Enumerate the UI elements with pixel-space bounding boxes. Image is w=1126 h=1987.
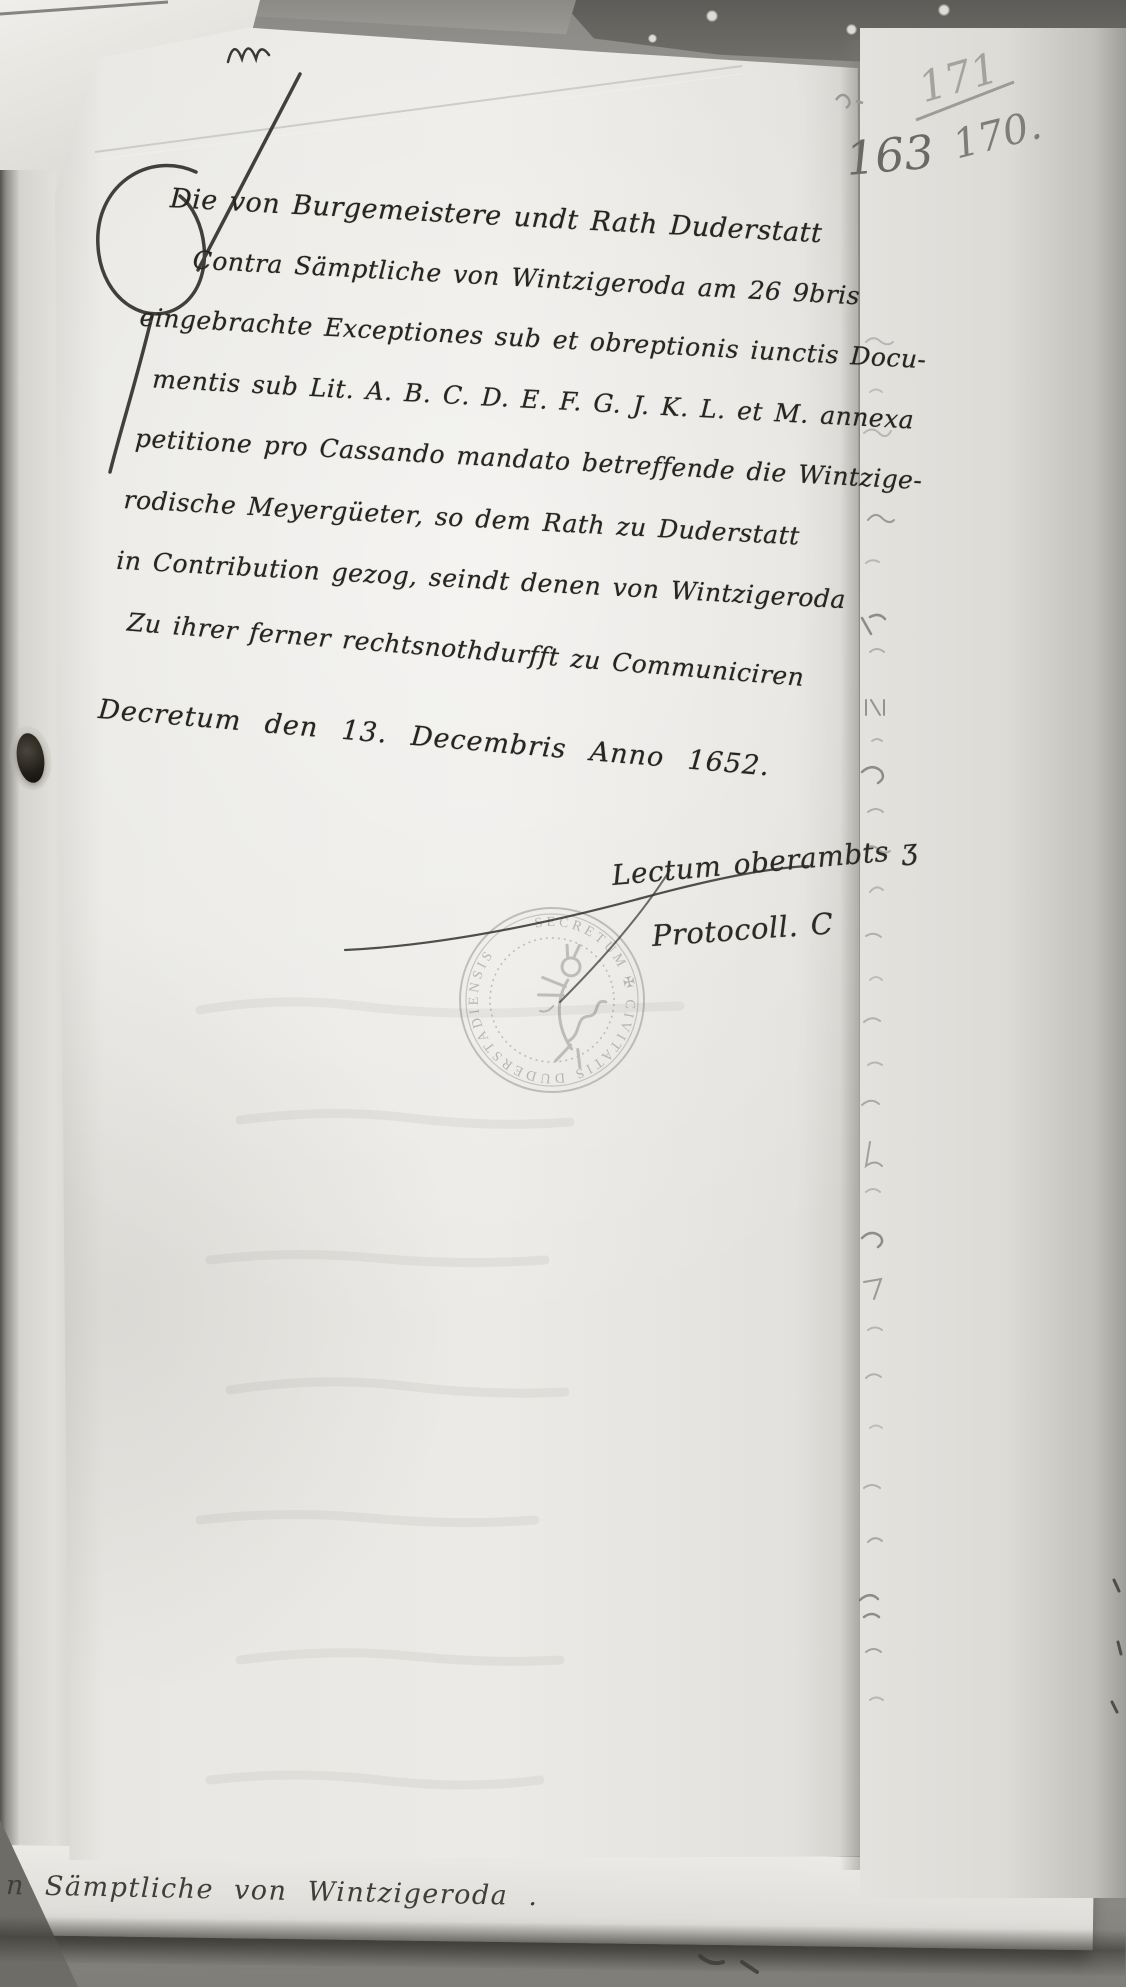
binding-hole [938, 4, 950, 16]
binding-hole [706, 10, 718, 22]
manuscript-scan: SECRETUM ✠ CIVITATIS DUDERSTADIENSIS [0, 0, 1126, 1987]
page-number-alternate: 163 [844, 128, 935, 181]
next-page-edge [860, 28, 1126, 1898]
binding-hole [648, 34, 657, 43]
top-torn-fragment-gray [246, 0, 576, 36]
binding-hole [846, 24, 857, 35]
